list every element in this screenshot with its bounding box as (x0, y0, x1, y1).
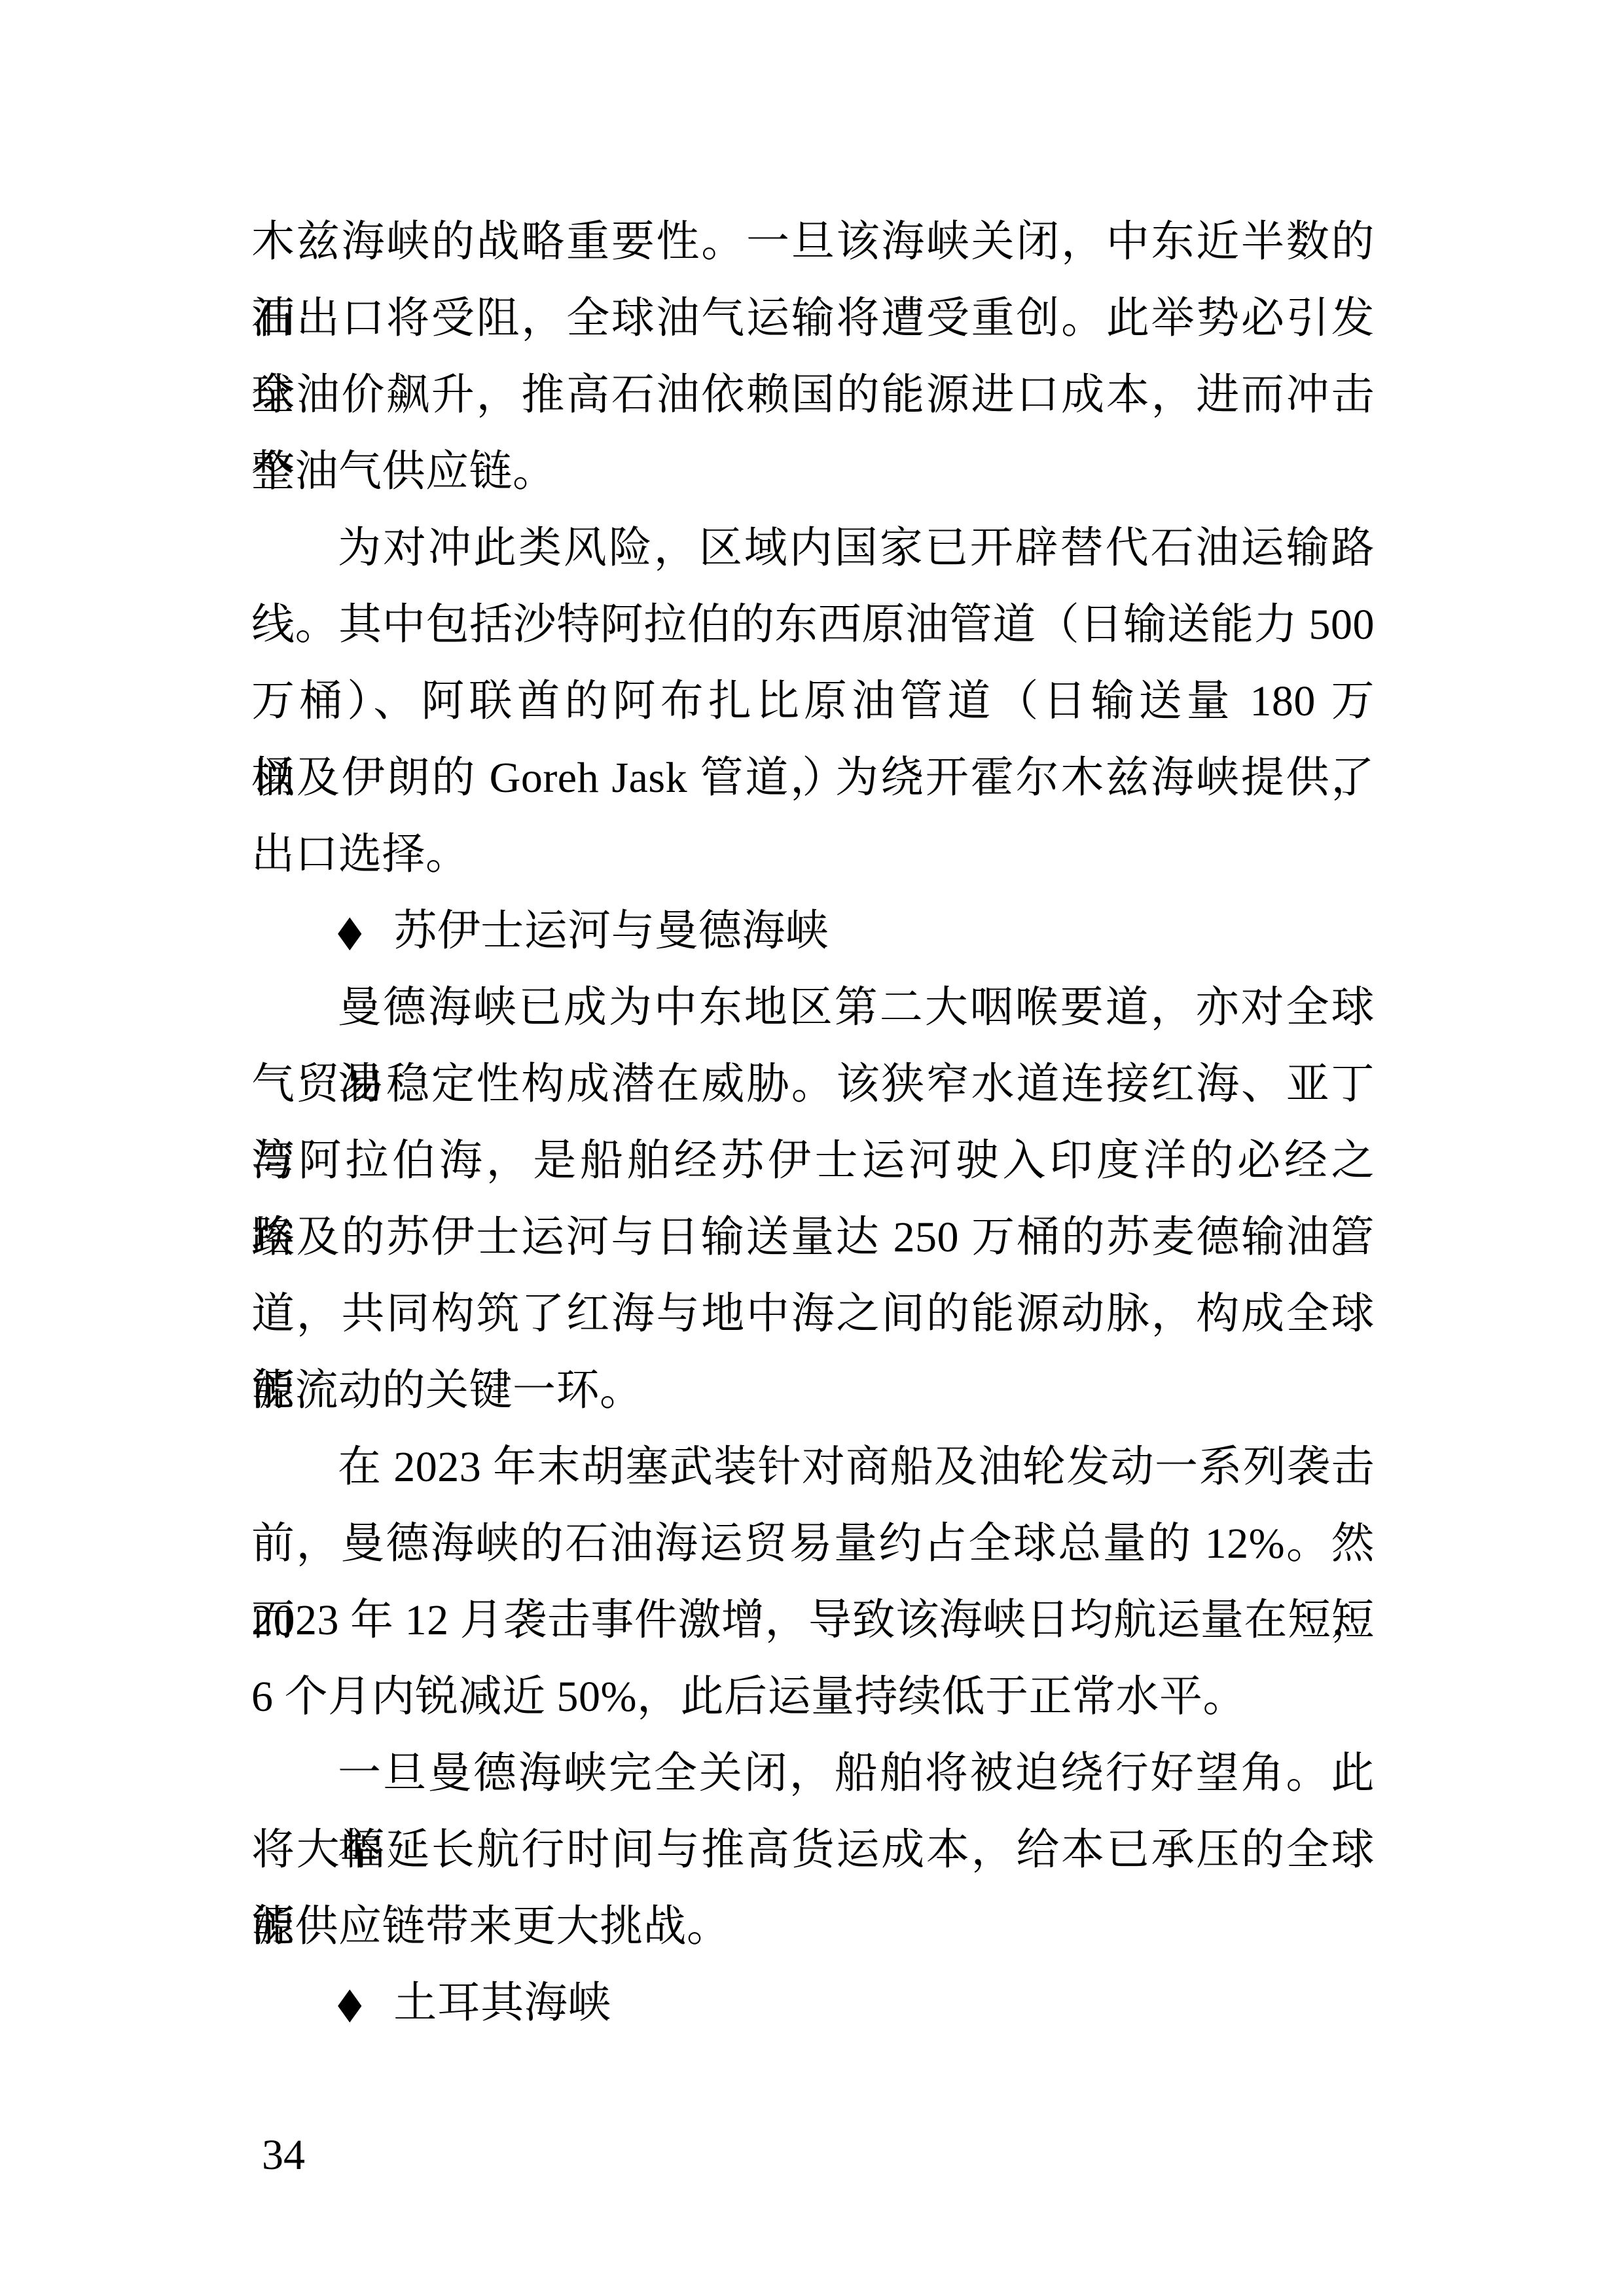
text-line: 油出口将受阻，全球油气运输将遭受重创。此举势必引发全 (251, 280, 1375, 357)
section-heading: ◆土耳其海峡 (251, 1965, 1375, 2041)
text-line: 以及伊朗的 Goreh Jask 管道，为绕开霍尔木兹海峡提供了 (251, 740, 1375, 816)
body-text: 木兹海峡的战略重要性。一旦该海峡关闭，中东近半数的石油出口将受阻，全球油气运输将… (251, 204, 1375, 2041)
document-page: 木兹海峡的战略重要性。一旦该海峡关闭，中东近半数的石油出口将受阻，全球油气运输将… (0, 0, 1624, 2296)
text-line: 曼德海峡已成为中东地区第二大咽喉要道，亦对全球油 (251, 969, 1375, 1046)
text-line: 气贸易稳定性构成潜在威胁。该狭窄水道连接红海、亚丁湾 (251, 1046, 1375, 1122)
text-line: 源供应链带来更大挑战。 (251, 1888, 1375, 1965)
text-line: 线。其中包括沙特阿拉伯的东西原油管道（日输送能力 500 (251, 586, 1375, 663)
text-line: 一旦曼德海峡完全关闭，船舶将被迫绕行好望角。此举 (251, 1735, 1375, 1812)
section-heading: ◆苏伊士运河与曼德海峡 (251, 893, 1375, 969)
heading-text: 苏伊士运河与曼德海峡 (393, 907, 829, 955)
text-line: 将大幅延长航行时间与推高货运成本，给本已承压的全球能 (251, 1812, 1375, 1888)
text-line: 6 个月内锐减近 50%，此后运量持续低于正常水平。 (251, 1659, 1375, 1735)
diamond-bullet-icon: ◆ (338, 893, 362, 969)
heading-text: 土耳其海峡 (393, 1979, 611, 2027)
diamond-bullet-icon: ◆ (338, 1965, 362, 2041)
text-line: 为对冲此类风险，区域内国家已开辟替代石油运输路 (251, 510, 1375, 586)
text-line: 万桶）、阿联酋的阿布扎比原油管道（日输送量 180 万桶）， (251, 663, 1375, 740)
text-line: 出口选择。 (251, 816, 1375, 893)
text-line: 道，共同构筑了红海与地中海之间的能源动脉，构成全球能 (251, 1276, 1375, 1352)
page-number: 34 (262, 2130, 305, 2181)
text-line: 木兹海峡的战略重要性。一旦该海峡关闭，中东近半数的石 (251, 204, 1375, 280)
text-line: 与阿拉伯海，是船舶经苏伊士运河驶入印度洋的必经之路。 (251, 1122, 1375, 1199)
text-line: 埃及的苏伊士运河与日输送量达 250 万桶的苏麦德输油管 (251, 1199, 1375, 1276)
text-line: 前，曼德海峡的石油海运贸易量约占全球总量的 12%。然而， (251, 1505, 1375, 1582)
text-line: 个油气供应链。 (251, 433, 1375, 510)
text-line: 在 2023 年末胡塞武装针对商船及油轮发动一系列袭击 (251, 1429, 1375, 1505)
text-line: 2023 年 12 月袭击事件激增，导致该海峡日均航运量在短短 (251, 1582, 1375, 1659)
text-line: 球油价飙升，推高石油依赖国的能源进口成本，进而冲击整 (251, 357, 1375, 433)
text-line: 源流动的关键一环。 (251, 1352, 1375, 1429)
